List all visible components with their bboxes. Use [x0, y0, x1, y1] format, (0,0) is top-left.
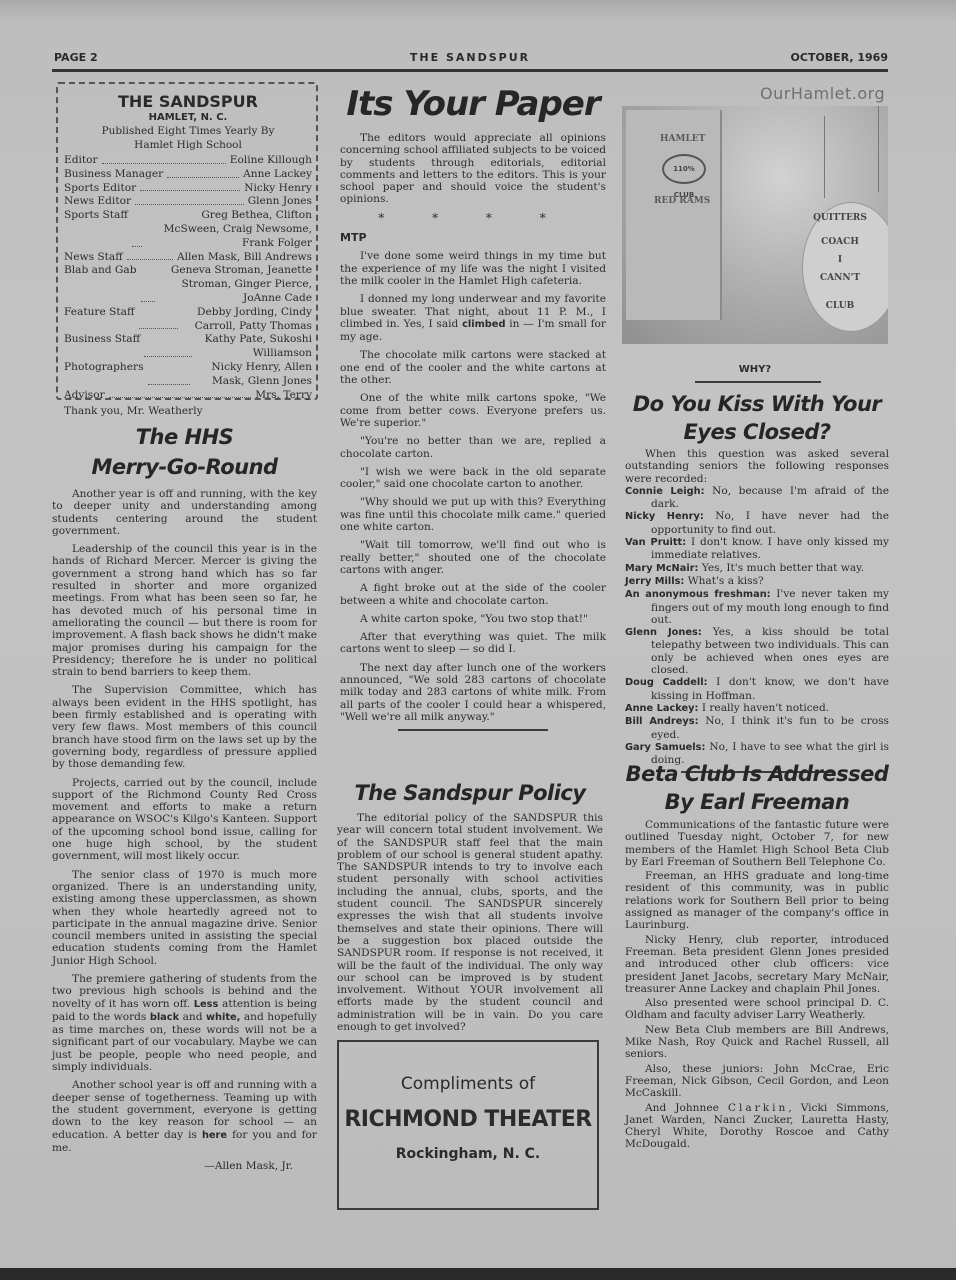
masthead: PAGE 2 THE SANDSPUR OCTOBER, 1969: [52, 48, 888, 72]
headline-line-2: By Earl Freeman: [625, 788, 889, 816]
sign-chain: [878, 106, 879, 192]
staff-role: Blab and Gab: [64, 264, 137, 305]
staff-row: Business ManagerAnne Lackey: [64, 168, 312, 182]
advertisement-richmond-theater: Compliments of RICHMOND THEATER Rockingh…: [337, 1040, 599, 1210]
issue-date: OCTOBER, 1969: [791, 51, 888, 64]
staff-names: Anne Lackey: [243, 168, 312, 182]
article-headline: Its Your Paper: [340, 84, 606, 124]
emphasis: here: [202, 1130, 227, 1141]
article-headline: Beta Club Is Addressed By Earl Freeman: [625, 760, 889, 816]
photo-caption: WHY?: [622, 364, 888, 375]
staff-box-published: Published Eight Times Yearly By Hamlet H…: [64, 124, 312, 152]
staff-role: News Staff: [64, 251, 123, 265]
photo-locker-room: HAMLET 110% CLUB RED RAMS QUITTERS COACH…: [622, 106, 888, 344]
headline-line-2: Merry-Go-Round: [52, 452, 317, 482]
article-sandspur-policy: The Sandspur Policy The editorial policy…: [337, 778, 603, 1039]
sign-text: QUITTERS: [803, 213, 877, 223]
staff-row: Business StaffKathy Pate, Sukoshi Willia…: [64, 333, 312, 361]
published-line-2: Hamlet High School: [64, 138, 312, 152]
staff-row: AdvisorMrs. Terry: [64, 389, 312, 403]
respondent-name: Mary McNair:: [625, 563, 698, 574]
response: Connie Leigh: No, because I'm afraid of …: [625, 485, 889, 511]
staff-names: Debby Jording, Cindy Carroll, Patty Thom…: [182, 306, 312, 334]
shirt-text: HAMLET: [660, 134, 705, 144]
response-text: What's a kiss?: [684, 575, 763, 587]
sign-text: I: [803, 255, 877, 265]
staff-row: Sports EditorNicky Henry: [64, 182, 312, 196]
respondent-name: Jerry Mills:: [625, 576, 684, 587]
staff-role: Sports Staff: [64, 209, 128, 250]
published-line-1: Published Eight Times Yearly By: [64, 124, 312, 138]
spaced-name: Clarkin: [728, 1102, 789, 1114]
staff-role: Sports Editor: [64, 182, 136, 196]
leader-dots: [140, 182, 240, 192]
staff-row: Sports StaffGreg Bethea, Clifton McSween…: [64, 209, 312, 250]
response: Jerry Mills: What's a kiss?: [625, 575, 889, 588]
text: And Johnnee: [645, 1102, 728, 1114]
staff-names: Allen Mask, Bill Andrews: [177, 251, 312, 265]
leader-dots: [135, 195, 244, 205]
staff-box: THE SANDSPUR HAMLET, N. C. Published Eig…: [56, 82, 318, 400]
article-its-your-paper: Its Your Paper The editors would appreci…: [340, 84, 606, 737]
watermark: OurHamlet.org: [760, 84, 885, 103]
paragraph: The editorial policy of the SANDSPUR thi…: [337, 812, 603, 1033]
paragraph: The senior class of 1970 is much more or…: [52, 869, 317, 967]
paper-name: THE SANDSPUR: [52, 51, 888, 64]
response: An anonymous freshman: I've never taken …: [625, 588, 889, 626]
paragraph: One of the white milk cartons spoke, "We…: [340, 392, 606, 429]
section-divider-stars: * * * *: [340, 212, 606, 224]
staff-role: Editor: [64, 154, 98, 168]
paragraph: Communications of the fantastic future w…: [625, 819, 889, 868]
section-divider: [398, 729, 548, 731]
staff-names: Glenn Jones: [248, 195, 312, 209]
sign-text: COACH: [803, 237, 877, 247]
paragraph: New Beta Club members are Bill Andrews, …: [625, 1024, 889, 1061]
staff-row: News EditorGlenn Jones: [64, 195, 312, 209]
paragraph: A white carton spoke, "You two stop that…: [340, 613, 606, 625]
response-text: I really haven't noticed.: [698, 702, 829, 714]
headline-line-1: Do You Kiss With Your: [625, 390, 889, 418]
leader-dots: [139, 306, 179, 330]
staff-names: Greg Bethea, Clifton McSween, Craig News…: [146, 209, 312, 250]
response: Glenn Jones: Yes, a kiss should be total…: [625, 626, 889, 676]
ad-line-3: Rockingham, N. C.: [339, 1146, 597, 1162]
respondent-name: Van Pruitt:: [625, 537, 686, 548]
staff-role: Feature Staff: [64, 306, 135, 334]
leader-dots: [127, 251, 173, 261]
leader-dots: [132, 209, 142, 246]
quitters-club-sign: QUITTERS COACH I CANN'T CLUB: [802, 202, 888, 332]
staff-names: Mrs. Terry: [255, 389, 312, 403]
paragraph: "I wish we were back in the old separate…: [340, 466, 606, 491]
paragraph: The premiere gathering of students from …: [52, 973, 317, 1073]
respondent-name: Bill Andreys:: [625, 716, 699, 727]
leader-dots: [102, 154, 226, 164]
headline-line-1: The HHS: [52, 422, 317, 452]
staff-role: News Editor: [64, 195, 131, 209]
paragraph: When this question was asked several out…: [625, 448, 889, 485]
paragraph: Projects, carried out by the council, in…: [52, 777, 317, 863]
staff-row: News StaffAllen Mask, Bill Andrews: [64, 251, 312, 265]
emphasis: climbed: [462, 319, 505, 330]
respondent-name: Gary Samuels:: [625, 742, 705, 753]
article-kiss-survey: Do You Kiss With Your Eyes Closed? When …: [625, 390, 889, 779]
shirt-emblem: 110% CLUB: [662, 154, 706, 184]
paragraph: After that everything was quiet. The mil…: [340, 631, 606, 656]
staff-names: Nicky Henry, Allen Mask, Glenn Jones: [194, 361, 312, 389]
leader-dots: [141, 264, 155, 301]
article-headline: The Sandspur Policy: [337, 778, 603, 808]
paragraph: Freeman, an HHS graduate and long-time r…: [625, 870, 889, 931]
response-text: I don't know. I have only kissed my imme…: [651, 536, 889, 561]
respondent-name: Doug Caddell:: [625, 677, 708, 688]
response: Doug Caddell: I don't know, we don't hav…: [625, 676, 889, 702]
emphasis: white,: [206, 1012, 240, 1023]
article-headline: Do You Kiss With Your Eyes Closed?: [625, 390, 889, 446]
respondent-name: Anne Lackey:: [625, 703, 698, 714]
sign-text: CANN'T: [803, 273, 877, 283]
ad-line-1: Compliments of: [339, 1074, 597, 1094]
paragraph: I've done some weird things in my time b…: [340, 250, 606, 287]
staff-role: Business Staff: [64, 333, 140, 361]
emphasis: black: [150, 1012, 179, 1023]
text: and: [179, 1011, 206, 1023]
staff-role: Business Manager: [64, 168, 163, 182]
respondent-name: Glenn Jones:: [625, 627, 702, 638]
response: Van Pruitt: I don't know. I have only ki…: [625, 536, 889, 562]
response: Bill Andreys: No, I think it's fun to be…: [625, 715, 889, 741]
paragraph: The editors would appreciate all opinion…: [340, 132, 606, 206]
paragraph: Also presented were school principal D. …: [625, 997, 889, 1022]
leader-dots: [148, 361, 191, 385]
ad-line-2: RICHMOND THEATER: [339, 1107, 597, 1132]
paragraph: Another year is off and running, with th…: [52, 488, 317, 537]
newspaper-page: PAGE 2 THE SANDSPUR OCTOBER, 1969 THE SA…: [0, 0, 956, 1268]
hanging-shirt: HAMLET 110% CLUB RED RAMS: [626, 110, 722, 320]
leader-dots: [167, 168, 239, 178]
leader-dots: [144, 333, 192, 357]
article-beta-club: Beta Club Is Addressed By Earl Freeman C…: [625, 760, 889, 1153]
staff-row: Blab and GabGeneva Stroman, Jeanette Str…: [64, 264, 312, 305]
response: Anne Lackey: I really haven't noticed.: [625, 702, 889, 715]
paragraph: Also, these juniors: John McCrae, Eric F…: [625, 1063, 889, 1100]
paragraph: "Why should we put up with this? Everyth…: [340, 496, 606, 533]
article-headline: The HHS Merry-Go-Round: [52, 422, 317, 482]
byline: —Allen Mask, Jr.: [52, 1160, 293, 1172]
sign-chain: [824, 116, 825, 198]
shirt-text: RED RAMS: [654, 196, 710, 206]
staff-row: PhotographersNicky Henry, Allen Mask, Gl…: [64, 361, 312, 389]
staff-thanks: Thank you, Mr. Weatherly: [64, 405, 312, 417]
paragraph: I donned my long underwear and my favori…: [340, 293, 606, 343]
paragraph: Another school year is off and running w…: [52, 1079, 317, 1154]
headline-line-1: Beta Club Is Addressed: [625, 760, 889, 788]
respondent-name: An anonymous freshman:: [625, 589, 771, 600]
paragraph: Leadership of the council this year is i…: [52, 543, 317, 678]
staff-names: Kathy Pate, Sukoshi Williamson: [196, 333, 312, 361]
masthead-rule: [52, 69, 888, 72]
staff-names: Eoline Killough: [230, 154, 312, 168]
leader-dots: [109, 389, 252, 399]
paragraph: "Wait till tomorrow, we'll find out who …: [340, 539, 606, 576]
response-text: Yes, It's much better that way.: [698, 562, 864, 574]
sign-text: CLUB: [803, 301, 877, 311]
staff-names: Geneva Stroman, Jeanette Stroman, Ginger…: [159, 264, 313, 305]
staff-box-title: THE SANDSPUR: [64, 92, 312, 111]
staff-box-location: HAMLET, N. C.: [64, 112, 312, 123]
paragraph: The chocolate milk cartons were stacked …: [340, 349, 606, 386]
section-divider: [695, 381, 821, 383]
article-merry-go-round: The HHS Merry-Go-Round Another year is o…: [52, 422, 317, 1172]
respondent-name: Nicky Henry:: [625, 511, 704, 522]
staff-role: Advisor: [64, 389, 105, 403]
staff-row: EditorEoline Killough: [64, 154, 312, 168]
staff-role: Photographers: [64, 361, 144, 389]
response: Nicky Henry: No, I have never had the op…: [625, 510, 889, 536]
paragraph: A fight broke out at the side of the coo…: [340, 582, 606, 607]
staff-list: EditorEoline Killough Business ManagerAn…: [64, 154, 312, 402]
staff-names: Nicky Henry: [244, 182, 312, 196]
paragraph: The Supervision Committee, which has alw…: [52, 684, 317, 770]
paragraph: And Johnnee Clarkin, Vicki Simmons, Jane…: [625, 1102, 889, 1151]
headline-line-2: Eyes Closed?: [625, 418, 889, 446]
paragraph: "You're no better than we are, replied a…: [340, 435, 606, 460]
response: Mary McNair: Yes, It's much better that …: [625, 562, 889, 575]
respondent-name: Connie Leigh:: [625, 486, 705, 497]
staff-row: Feature StaffDebby Jording, Cindy Carrol…: [64, 306, 312, 334]
emphasis: Less: [194, 999, 219, 1010]
paragraph: The next day after lunch one of the work…: [340, 662, 606, 723]
subhead-mtp: MTP: [340, 232, 606, 244]
paragraph: Nicky Henry, club reporter, introduced F…: [625, 934, 889, 995]
page-edge-shadow: [0, 1268, 956, 1280]
